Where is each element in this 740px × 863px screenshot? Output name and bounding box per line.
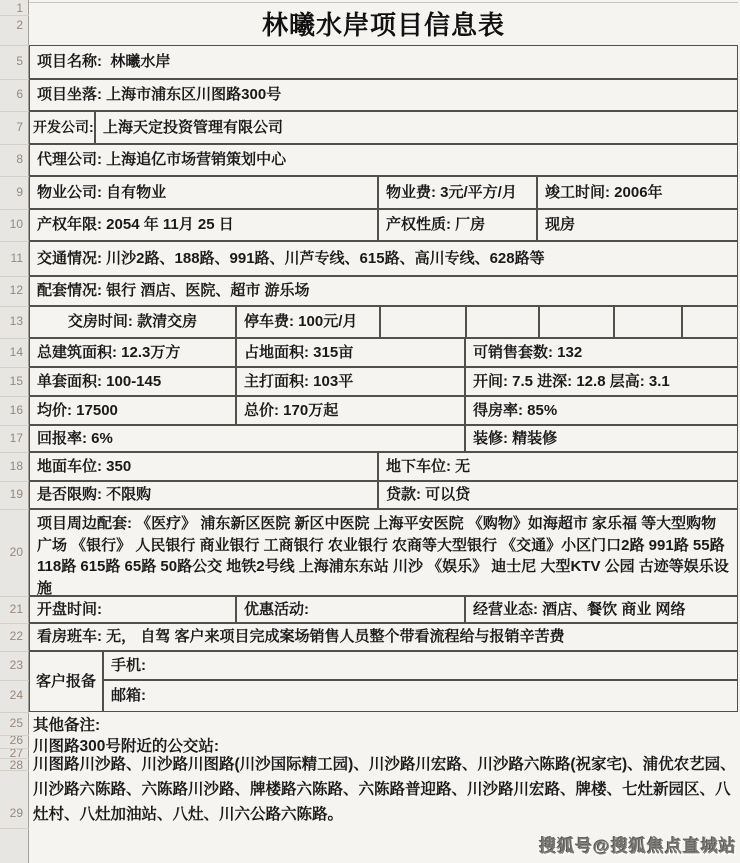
row-number-13[interactable]: 13 bbox=[1, 312, 23, 330]
row-price-cell-1[interactable]: 均价: 17500 bbox=[29, 396, 236, 425]
row-agency[interactable]: 代理公司: 上海追亿市场营销策划中心 bbox=[29, 144, 738, 176]
row-number-16[interactable]: 16 bbox=[1, 401, 23, 419]
row-property-rights-cell-2[interactable]: 产权性质: 厂房 bbox=[378, 209, 537, 241]
gutter-gridline bbox=[0, 338, 29, 339]
row-number-11[interactable]: 11 bbox=[1, 249, 23, 267]
gutter-gridline bbox=[0, 306, 29, 307]
row-number-8[interactable]: 8 bbox=[1, 150, 23, 168]
row-ground-parking-cell-2[interactable]: 地下车位: 无 bbox=[378, 452, 738, 481]
row-area-total-cell-2[interactable]: 占地面积: 315亩 bbox=[236, 338, 465, 367]
watermark: 搜狐号@搜狐焦点直城站 bbox=[539, 832, 737, 857]
top-gridline bbox=[29, 2, 738, 3]
row-delivery-parking-cell-4[interactable] bbox=[466, 306, 539, 338]
gutter-gridline bbox=[0, 770, 29, 771]
row-ground-parking-cell-1[interactable]: 地面车位: 350 bbox=[29, 452, 378, 481]
row-project-location[interactable]: 项目坐落: 上海市浦东区川图路300号 bbox=[29, 79, 738, 111]
gutter-gridline bbox=[0, 209, 29, 210]
row-area-total-cell-3[interactable]: 可销售套数: 132 bbox=[465, 338, 738, 367]
gutter-gridline bbox=[0, 452, 29, 453]
spreadsheet-canvas: 1256789101112131415161718192021222324252… bbox=[0, 0, 740, 863]
row-number-25[interactable]: 25 bbox=[1, 714, 23, 732]
gutter-gridline bbox=[0, 509, 29, 510]
row-project-name[interactable]: 项目名称: 林曦水岸 bbox=[29, 45, 738, 79]
other-notes: 其他备注: bbox=[33, 712, 736, 736]
gutter-gridline bbox=[0, 241, 29, 242]
gutter-gridline bbox=[0, 735, 29, 736]
row-number-6[interactable]: 6 bbox=[1, 85, 23, 103]
row-delivery-parking-cell-5[interactable] bbox=[539, 306, 614, 338]
row-return-rate-cell-2[interactable]: 装修: 精装修 bbox=[465, 425, 738, 452]
row-number-7[interactable]: 7 bbox=[1, 118, 23, 136]
row-property-rights-cell-1[interactable]: 产权年限: 2054 年 11月 25 日 bbox=[29, 209, 378, 241]
row-number-10[interactable]: 10 bbox=[1, 215, 23, 233]
row-delivery-parking-cell-7[interactable] bbox=[682, 306, 738, 338]
row-number-22[interactable]: 22 bbox=[1, 627, 23, 645]
row-number-5[interactable]: 5 bbox=[1, 52, 23, 70]
row-number-19[interactable]: 19 bbox=[1, 485, 23, 503]
gutter-gridline bbox=[0, 367, 29, 368]
row-delivery-parking-cell-3[interactable] bbox=[380, 306, 466, 338]
row-transport[interactable]: 交通情况: 川沙2路、188路、991路、川芦专线、615路、高川专线、628路… bbox=[29, 241, 738, 276]
gutter-gridline bbox=[0, 680, 29, 681]
row-number-20[interactable]: 20 bbox=[1, 543, 23, 561]
row-customer-report-cell-1[interactable]: 客户报备 bbox=[29, 651, 103, 712]
row-unit-area-cell-3[interactable]: 开间: 7.5 进深: 12.8 层高: 3.1 bbox=[465, 367, 738, 396]
row-number-21[interactable]: 21 bbox=[1, 600, 23, 618]
gutter-gridline bbox=[0, 45, 29, 46]
row-facilities[interactable]: 配套情况: 银行 酒店、医院、超市 游乐场 bbox=[29, 276, 738, 306]
gutter-gridline bbox=[0, 758, 29, 759]
row-number-29[interactable]: 29 bbox=[1, 804, 23, 822]
row-number-18[interactable]: 18 bbox=[1, 457, 23, 475]
row-customer-report-cell-3[interactable]: 邮箱: bbox=[103, 680, 738, 712]
gutter-gridline bbox=[0, 748, 29, 749]
gutter-gridline bbox=[0, 144, 29, 145]
row-number-14[interactable]: 14 bbox=[1, 343, 23, 361]
row-unit-area-cell-1[interactable]: 单套面积: 100-145 bbox=[29, 367, 236, 396]
row-price-cell-3[interactable]: 得房率: 85% bbox=[465, 396, 738, 425]
gutter-gridline bbox=[0, 828, 29, 829]
row-developer-cell-1[interactable]: 开发公司: bbox=[29, 111, 95, 144]
row-shuttle[interactable]: 看房班车: 无， 自驾 客户来项目完成案场销售人员整个带看流程给与报销辛苦费 bbox=[29, 623, 738, 651]
row-customer-report-cell-2[interactable]: 手机: bbox=[103, 651, 738, 680]
gutter-gridline bbox=[0, 176, 29, 177]
row-delivery-parking-cell-2[interactable]: 停车费: 100元/月 bbox=[236, 306, 380, 338]
row-property-mgmt-cell-3[interactable]: 竣工时间: 2006年 bbox=[537, 176, 738, 209]
row-unit-area-cell-2[interactable]: 主打面积: 103平 bbox=[236, 367, 465, 396]
gutter-gridline bbox=[0, 111, 29, 112]
gutter-gridline bbox=[0, 396, 29, 397]
row-number-15[interactable]: 15 bbox=[1, 372, 23, 390]
row-purchase-limit-cell-2[interactable]: 贷款: 可以贷 bbox=[378, 481, 738, 509]
row-property-rights-cell-3[interactable]: 现房 bbox=[537, 209, 738, 241]
row-number-12[interactable]: 12 bbox=[1, 281, 23, 299]
row-purchase-limit-cell-1[interactable]: 是否限购: 不限购 bbox=[29, 481, 378, 509]
row-price-cell-2[interactable]: 总价: 170万起 bbox=[236, 396, 465, 425]
page-title: 林曦水岸项目信息表 bbox=[29, 6, 738, 44]
row-area-total-cell-1[interactable]: 总建筑面积: 12.3万方 bbox=[29, 338, 236, 367]
row-delivery-parking-cell-1[interactable]: 交房时间: 款清交房 bbox=[29, 306, 236, 338]
row-delivery-parking-cell-6[interactable] bbox=[614, 306, 682, 338]
gutter-gridline bbox=[0, 425, 29, 426]
row-property-mgmt-cell-2[interactable]: 物业费: 3元/平方/月 bbox=[378, 176, 537, 209]
row-number-24[interactable]: 24 bbox=[1, 686, 23, 704]
row-surroundings[interactable]: 项目周边配套: 《医疗》 浦东新区医院 新区中医院 上海平安医院 《购物》如海超… bbox=[29, 509, 738, 596]
gutter-gridline bbox=[0, 712, 29, 713]
row-property-mgmt-cell-1[interactable]: 物业公司: 自有物业 bbox=[29, 176, 378, 209]
gutter-gridline bbox=[0, 651, 29, 652]
row-opening-cell-3[interactable]: 经营业态: 酒店、餐饮 商业 网络 bbox=[465, 596, 738, 623]
bus-stops-list: 川图路川沙路、川沙路川图路(川沙国际精工园)、川沙路川宏路、川沙路六陈路(祝家宅… bbox=[33, 752, 736, 832]
row-number-23[interactable]: 23 bbox=[1, 656, 23, 674]
row-opening-cell-2[interactable]: 优惠活动: bbox=[236, 596, 465, 623]
gutter-gridline bbox=[0, 596, 29, 597]
row-opening-cell-1[interactable]: 开盘时间: bbox=[29, 596, 236, 623]
row-gutter: 1256789101112131415161718192021222324252… bbox=[0, 0, 29, 863]
row-number-17[interactable]: 17 bbox=[1, 429, 23, 447]
row-return-rate-cell-1[interactable]: 回报率: 6% bbox=[29, 425, 465, 452]
row-number-2[interactable]: 2 bbox=[1, 16, 23, 34]
gutter-gridline bbox=[0, 79, 29, 80]
row-developer-cell-2[interactable]: 上海天定投资管理有限公司 bbox=[95, 111, 738, 144]
row-number-9[interactable]: 9 bbox=[1, 183, 23, 201]
gutter-gridline bbox=[0, 15, 29, 16]
gutter-gridline bbox=[0, 481, 29, 482]
gutter-gridline bbox=[0, 623, 29, 624]
gutter-gridline bbox=[0, 276, 29, 277]
